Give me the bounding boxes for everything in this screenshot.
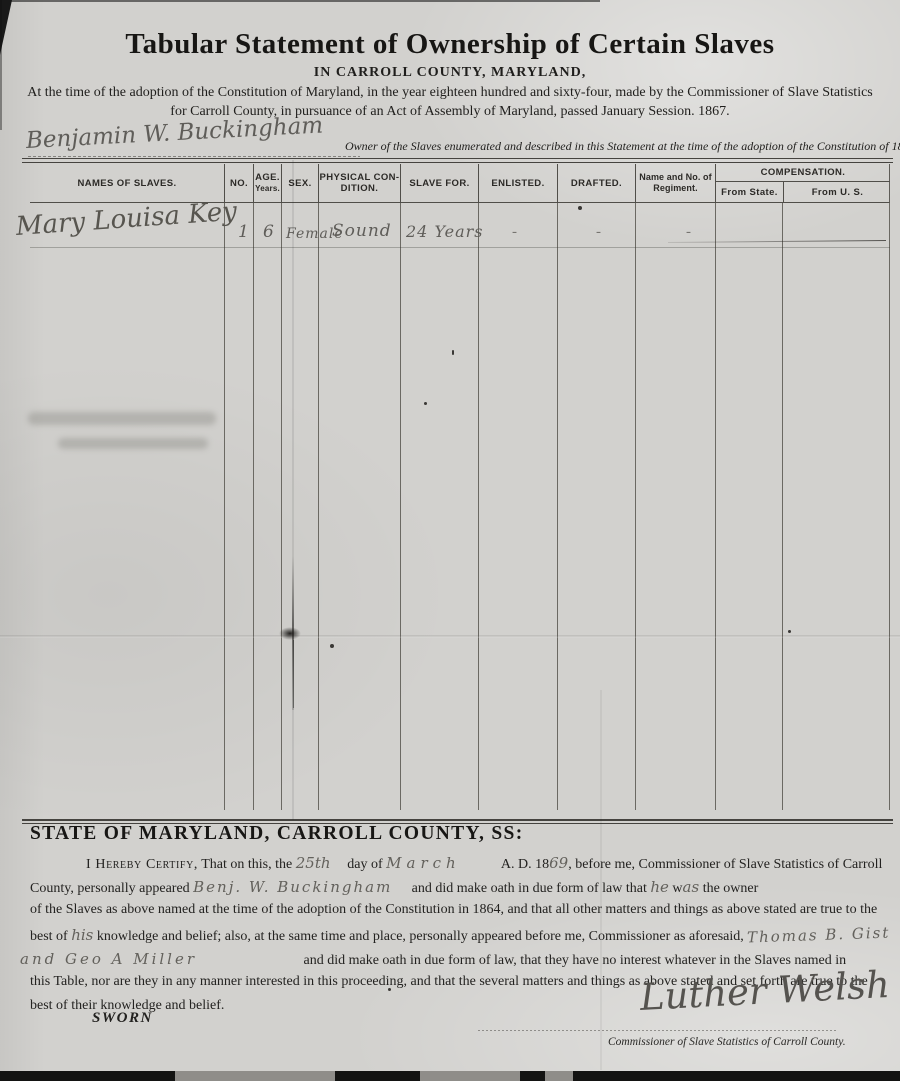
row-physical-condition: Sound: [332, 221, 392, 241]
row-slave-for: 24 Years: [406, 222, 483, 241]
body-col-sex: [281, 203, 318, 810]
cert-l2d: the owner: [703, 881, 759, 896]
page-subtitle: IN CARROLL COUNTY, MARYLAND,: [0, 65, 900, 81]
col-header-physical-condition: PHYSICAL CON- DITION.: [318, 164, 400, 202]
horizontal-fold-crease: [0, 635, 900, 638]
row-no: 1: [238, 222, 249, 242]
scan-edge-gap: [545, 1071, 573, 1081]
ink-speck: [788, 630, 791, 633]
table-header-row: NAMES OF SLAVES. NO. AGE. Years. SEX. PH…: [30, 164, 890, 203]
ink-speck: [452, 350, 454, 355]
ink-blot: [279, 627, 301, 640]
col-header-from-us-label: From U. S.: [812, 187, 864, 198]
scan-edge-left: [0, 0, 2, 130]
col-header-compensation-label: COMPENSATION.: [761, 167, 846, 178]
body-col-no: [224, 203, 253, 810]
hw-year: 69: [549, 854, 568, 872]
table-top-rule: [22, 158, 893, 159]
cert-l5: and did make oath in due form of law, th…: [304, 953, 847, 968]
col-header-regiment-line2: Regiment.: [653, 183, 697, 194]
ink-speck: [388, 988, 391, 991]
col-header-regiment: Name and No. of Regiment.: [635, 164, 715, 202]
scan-edge-bottom: [0, 1071, 900, 1081]
col-header-from-us: From U. S.: [783, 182, 890, 202]
bleed-through-smudge-1: [28, 412, 216, 425]
cert-l2b: and did make oath in due form of law tha…: [412, 881, 647, 896]
hw-pronoun: he: [650, 878, 669, 896]
body-col-age: [253, 203, 281, 810]
preamble-line-1: At the time of the adoption of the Const…: [27, 85, 873, 100]
cert-l2a: County, personally appeared: [30, 881, 190, 896]
ink-blot-tail: [293, 640, 294, 708]
scan-edge-gap: [175, 1071, 335, 1081]
table-bottom-rule: [22, 819, 893, 821]
cert-line-2: County, personally appeared Benj. W. Buc…: [30, 878, 892, 902]
col-header-sex: SEX.: [281, 164, 318, 202]
cert-l2c: w: [672, 881, 682, 896]
body-col-names: [30, 203, 224, 810]
ink-speck: [330, 644, 334, 648]
hw-day: 25th: [296, 854, 344, 872]
preamble: At the time of the adoption of the Const…: [0, 84, 900, 121]
col-header-compensation-group: COMPENSATION. From State. From U. S.: [715, 164, 890, 202]
scan-edge-top: [0, 0, 600, 2]
hw-month: March: [386, 854, 498, 872]
col-header-from-state: From State.: [716, 182, 783, 202]
cert-l4a: best of: [30, 929, 68, 944]
col-header-physical-line1: PHYSICAL CON-: [320, 172, 400, 183]
hw-witness-1: Thomas B. Gist: [747, 924, 891, 947]
row-rule-line: [30, 247, 890, 248]
cert-line-3: of the Slaves as above named at the time…: [30, 902, 892, 926]
col-header-enlisted-label: ENLISTED.: [491, 178, 544, 189]
vertical-fold-crease-2: [600, 690, 602, 1070]
body-col-regiment: [635, 203, 715, 810]
certify-phrase: I Hereby Certify,: [86, 857, 198, 872]
col-header-age-line1: AGE.: [255, 172, 280, 183]
row-regiment-dash: -: [686, 224, 691, 241]
scanned-document-page: Tabular Statement of Ownership of Certai…: [0, 0, 900, 1081]
owner-underline: [28, 156, 360, 157]
col-header-enlisted: ENLISTED.: [478, 164, 557, 202]
col-header-physical-line2: DITION.: [341, 183, 379, 194]
commissioner-title: Commissioner of Slave Statistics of Carr…: [608, 1036, 846, 1048]
col-header-regiment-line1: Name and No. of: [639, 172, 712, 183]
signature-line: [478, 1030, 838, 1031]
body-col-physical: [318, 203, 400, 810]
row-drafted-dash: -: [596, 224, 601, 241]
cert-l1a: That on this, the: [201, 857, 292, 872]
hw-witness-2: and Geo A Miller: [20, 950, 300, 968]
sworn-label: SWORN: [92, 1010, 153, 1027]
hw-appeared-name: Benj. W. Buckingham: [193, 878, 408, 896]
ink-speck: [424, 402, 427, 405]
col-header-compensation: COMPENSATION.: [716, 164, 890, 182]
hw-verb-suffix: as: [683, 878, 700, 896]
cert-l1b: day of: [347, 857, 382, 872]
col-header-slave-for-label: SLAVE FOR.: [409, 178, 469, 189]
table-body: [30, 203, 890, 810]
body-col-from-state: [715, 203, 782, 810]
row-enlisted-dash: -: [512, 224, 517, 241]
body-col-from-us: [782, 203, 890, 810]
owner-printed-caption: Owner of the Slaves enumerated and descr…: [345, 139, 890, 154]
body-col-enlisted: [478, 203, 557, 810]
table-top-rule-2: [22, 162, 893, 163]
cert-line-4: best of his knowledge and belief; also, …: [30, 926, 892, 950]
row-age: 6: [263, 222, 274, 242]
col-header-drafted: DRAFTED.: [557, 164, 635, 202]
col-header-drafted-label: DRAFTED.: [571, 178, 622, 189]
bleed-through-smudge-2: [58, 438, 208, 449]
cert-line-1: I Hereby Certify, That on this, the 25th…: [30, 854, 892, 878]
vertical-fold-crease: [292, 160, 294, 820]
cert-l4b: knowledge and belief; also, at the same …: [97, 929, 744, 944]
hw-possessive: his: [71, 926, 93, 944]
page-title: Tabular Statement of Ownership of Certai…: [0, 28, 900, 61]
body-col-drafted: [557, 203, 635, 810]
col-header-age: AGE. Years.: [253, 164, 281, 202]
scan-edge-gap: [420, 1071, 520, 1081]
ink-speck: [578, 206, 582, 210]
compensation-subheaders: From State. From U. S.: [716, 182, 890, 202]
col-header-names-label: NAMES OF SLAVES.: [77, 178, 176, 189]
cert-l1c: A. D. 18: [501, 857, 549, 872]
col-header-no-label: NO.: [230, 178, 248, 189]
certification-heading: STATE OF MARYLAND, CARROLL COUNTY, SS:: [30, 823, 523, 845]
col-header-slave-for: SLAVE FOR.: [400, 164, 478, 202]
col-header-from-state-label: From State.: [721, 187, 778, 198]
cert-l1d: , before me, Commissioner of Slave Stati…: [568, 857, 882, 872]
col-header-age-line2: Years.: [255, 183, 280, 194]
body-col-slave-for: [400, 203, 478, 810]
col-header-names: NAMES OF SLAVES.: [30, 164, 224, 202]
